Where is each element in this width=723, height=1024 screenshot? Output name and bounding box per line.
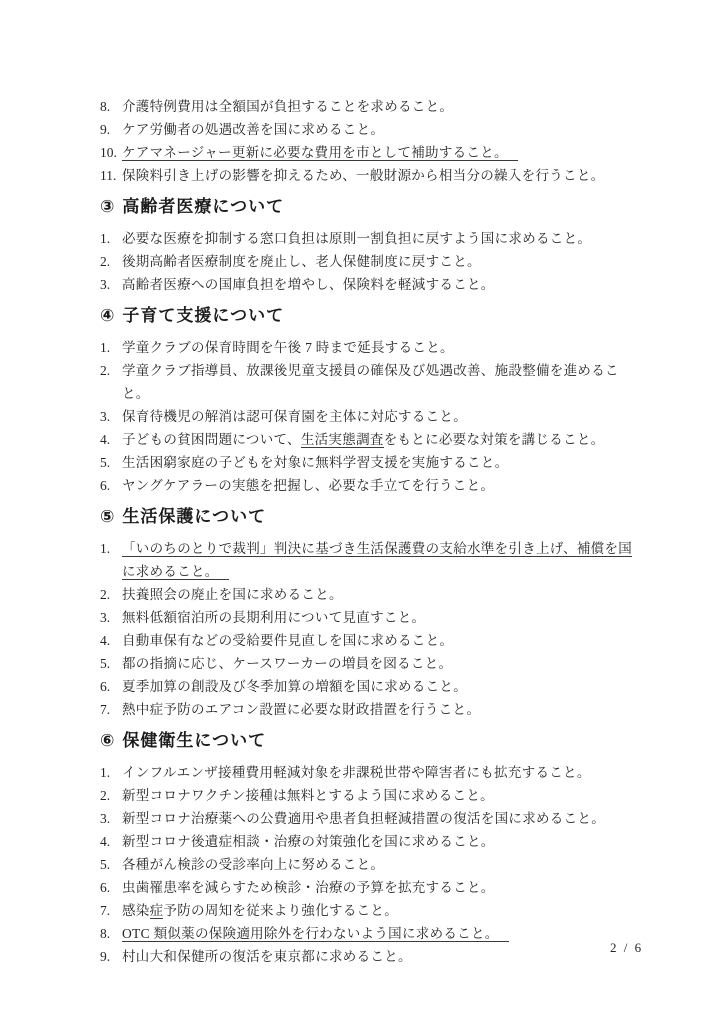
item-number: 3. [100, 405, 122, 428]
item-text: 生活困窮家庭の子どもを対象に無料学習支援を実施すること。 [122, 451, 635, 474]
underlined-text: 生活実態調査 [301, 432, 384, 448]
plain-text: 新型コロナ後遺症相談・治療の対策強化を国に求めること。 [122, 834, 495, 849]
list-item: 4.子どもの貧困問題について、生活実態調査をもとに必要な対策を講じること。 [100, 428, 635, 451]
plain-text: 必要な医療を抑制する窓口負担は原則一割負担に戻すよう国に求めること。 [122, 231, 591, 246]
plain-text: 後期高齢者医療制度を廃止し、老人保健制度に戻すこと。 [122, 254, 481, 269]
item-number: 11. [100, 164, 122, 187]
item-text: 自動車保有などの受給要件見直しを国に求めること。 [122, 629, 635, 652]
list-item: 8.介護特例費用は全額国が負担することを求めること。 [100, 95, 635, 118]
plain-text: 感染 [122, 903, 150, 918]
item-text: 熱中症予防のエアコン設置に必要な財政措置を行うこと。 [122, 698, 635, 721]
item-number: 3. [100, 606, 122, 629]
underlined-text: 「いのちのとりで裁判」判決に基づき生活保護費の支給水準を引き上げ、補償を国に求め… [122, 541, 632, 580]
item-text: インフルエンザ接種費用軽減対象を非課税世帯や障害者にも拡充すること。 [122, 761, 635, 784]
list-item: 5.各種がん検診の受診率向上に努めること。 [100, 853, 635, 876]
section-heading-public-health: ⑥保健衛生について [100, 729, 635, 753]
item-number: 7. [100, 698, 122, 721]
item-number: 4. [100, 629, 122, 652]
list-item: 9.村山大和保健所の復活を東京都に求めること。 [100, 945, 635, 968]
plain-text: ケア労働者の処遇改善を国に求めること。 [122, 122, 384, 137]
section-number-badge: ⑤ [100, 507, 115, 526]
item-text: 新型コロナワクチン接種は無料とするよう国に求めること。 [122, 784, 635, 807]
plain-text: をもとに必要な対策を講じること。 [384, 432, 605, 447]
plain-text: 扶養照会の廃止を国に求めること。 [122, 587, 343, 602]
item-text: 新型コロナ治療薬への公費適用や患者負担軽減措置の復活を国に求めること。 [122, 807, 635, 830]
item-number: 5. [100, 853, 122, 876]
item-text: 無料低額宿泊所の長期利用について見直すこと。 [122, 606, 635, 629]
item-text: ケア労働者の処遇改善を国に求めること。 [122, 118, 635, 141]
list-item: 7.熱中症予防のエアコン設置に必要な財政措置を行うこと。 [100, 698, 635, 721]
list-item: 6.虫歯罹患率を減らすため検診・治療の予算を拡充すること。 [100, 876, 635, 899]
section-list-childcare-support: 1.学童クラブの保育時間を午後 7 時まで延長すること。2.学童クラブ指導員、放… [100, 336, 635, 497]
plain-text: 保険料引き上げの影響を抑えるため、一般財源から相当分の繰入を行うこと。 [122, 168, 604, 183]
plain-text: 子どもの貧困問題について、 [122, 432, 301, 447]
list-item: 3.新型コロナ治療薬への公費適用や患者負担軽減措置の復活を国に求めること。 [100, 807, 635, 830]
plain-text: 自動車保有などの受給要件見直しを国に求めること。 [122, 633, 453, 648]
item-number: 2. [100, 359, 122, 382]
item-number: 7. [100, 899, 122, 922]
sections-container: ③高齢者医療について1.必要な医療を抑制する窓口負担は原則一割負担に戻すよう国に… [100, 195, 635, 968]
item-text: 虫歯罹患率を減らすため検診・治療の予算を拡充すること。 [122, 876, 635, 899]
item-text: 後期高齢者医療制度を廃止し、老人保健制度に戻すこと。 [122, 250, 635, 273]
item-text: 介護特例費用は全額国が負担することを求めること。 [122, 95, 635, 118]
item-number: 2. [100, 583, 122, 606]
item-number: 8. [100, 922, 122, 945]
item-number: 9. [100, 945, 122, 968]
plain-text: 村山大和保健所の復活を東京都に求めること。 [122, 949, 412, 964]
list-item: 6.夏季加算の創設及び冬季加算の増額を国に求めること。 [100, 675, 635, 698]
section-heading-elderly-medical-care: ③高齢者医療について [100, 195, 635, 219]
list-item: 4.自動車保有などの受給要件見直しを国に求めること。 [100, 629, 635, 652]
plain-text: 夏季加算の創設及び冬季加算の増額を国に求めること。 [122, 679, 467, 694]
intro-list: 8.介護特例費用は全額国が負担することを求めること。9.ケア労働者の処遇改善を国… [100, 95, 635, 187]
list-item: 1.インフルエンザ接種費用軽減対象を非課税世帯や障害者にも拡充すること。 [100, 761, 635, 784]
plain-text: ヤングケアラーの実態を把握し、必要な手立てを行うこと。 [122, 478, 494, 493]
plain-text: 虫歯罹患率を減らすため検診・治療の予算を拡充すること。 [122, 880, 495, 895]
section-title: 保健衛生について [122, 731, 266, 750]
list-item: 3.高齢者医療への国庫負担を増やし、保険料を軽減すること。 [100, 273, 635, 296]
item-number: 3. [100, 807, 122, 830]
item-number: 8. [100, 95, 122, 118]
underlined-text: 症 [150, 903, 164, 919]
section-title: 高齢者医療について [122, 197, 284, 216]
list-item: 2.扶養照会の廃止を国に求めること。 [100, 583, 635, 606]
list-item: 11.保険料引き上げの影響を抑えるため、一般財源から相当分の繰入を行うこと。 [100, 164, 635, 187]
item-number: 1. [100, 227, 122, 250]
item-text: 保育待機児の解消は認可保育園を主体に対応すること。 [122, 405, 635, 428]
section-number-badge: ③ [100, 197, 115, 216]
plain-text: 保育待機児の解消は認可保育園を主体に対応すること。 [122, 409, 467, 424]
document-page: 8.介護特例費用は全額国が負担することを求めること。9.ケア労働者の処遇改善を国… [0, 0, 723, 1024]
item-text: 村山大和保健所の復活を東京都に求めること。 [122, 945, 635, 968]
item-text: 各種がん検診の受診率向上に努めること。 [122, 853, 635, 876]
section-number-badge: ⑥ [100, 731, 115, 750]
item-number: 1. [100, 761, 122, 784]
plain-text: 高齢者医療への国庫負担を増やし、保険料を軽減すること。 [122, 277, 495, 292]
plain-text: 熱中症予防のエアコン設置に必要な財政措置を行うこと。 [122, 702, 480, 717]
item-text: 必要な医療を抑制する窓口負担は原則一割負担に戻すよう国に求めること。 [122, 227, 635, 250]
list-item: 4.新型コロナ後遺症相談・治療の対策強化を国に求めること。 [100, 830, 635, 853]
item-number: 2. [100, 250, 122, 273]
section-heading-childcare-support: ④子育て支援について [100, 304, 635, 328]
plain-text: 各種がん検診の受診率向上に努めること。 [122, 857, 384, 872]
list-item: 2.新型コロナワクチン接種は無料とするよう国に求めること。 [100, 784, 635, 807]
list-item: 5.生活困窮家庭の子どもを対象に無料学習支援を実施すること。 [100, 451, 635, 474]
section-title: 子育て支援について [122, 306, 284, 325]
plain-text: 学童クラブ指導員、放課後児童支援員の確保及び処遇改善、施設整備を進めること。 [122, 363, 619, 401]
item-number: 10. [100, 141, 122, 164]
plain-text: インフルエンザ接種費用軽減対象を非課税世帯や障害者にも拡充すること。 [122, 765, 591, 780]
underlined-text: ケアマネージャー更新に必要な費用を市として補助すること。 [122, 145, 518, 161]
plain-text: 学童クラブの保育時間を午後 7 時まで延長すること。 [122, 340, 454, 355]
item-number: 9. [100, 118, 122, 141]
document-content: 8.介護特例費用は全額国が負担することを求めること。9.ケア労働者の処遇改善を国… [100, 95, 635, 968]
list-item: 1.必要な医療を抑制する窓口負担は原則一割負担に戻すよう国に求めること。 [100, 227, 635, 250]
section-title: 生活保護について [122, 507, 266, 526]
item-number: 3. [100, 273, 122, 296]
item-text: 夏季加算の創設及び冬季加算の増額を国に求めること。 [122, 675, 635, 698]
item-text: 高齢者医療への国庫負担を増やし、保険料を軽減すること。 [122, 273, 635, 296]
page-number: 2 / 6 [610, 940, 643, 956]
item-number: 4. [100, 428, 122, 451]
list-item: 2.学童クラブ指導員、放課後児童支援員の確保及び処遇改善、施設整備を進めること。 [100, 359, 635, 405]
item-text: 学童クラブの保育時間を午後 7 時まで延長すること。 [122, 336, 635, 359]
plain-text: 生活困窮家庭の子どもを対象に無料学習支援を実施すること。 [122, 455, 508, 470]
plain-text: 無料低額宿泊所の長期利用について見直すこと。 [122, 610, 425, 625]
list-item: 6.ヤングケアラーの実態を把握し、必要な手立てを行うこと。 [100, 474, 635, 497]
item-text: 学童クラブ指導員、放課後児童支援員の確保及び処遇改善、施設整備を進めること。 [122, 359, 635, 405]
plain-text: 新型コロナ治療薬への公費適用や患者負担軽減措置の復活を国に求めること。 [122, 811, 605, 826]
item-number: 4. [100, 830, 122, 853]
plain-text: 新型コロナワクチン接種は無料とするよう国に求めること。 [122, 788, 494, 803]
list-item: 5.都の指摘に応じ、ケースワーカーの増員を図ること。 [100, 652, 635, 675]
item-text: 扶養照会の廃止を国に求めること。 [122, 583, 635, 606]
section-list-elderly-medical-care: 1.必要な医療を抑制する窓口負担は原則一割負担に戻すよう国に求めること。2.後期… [100, 227, 635, 296]
item-text: OTC 類似薬の保険適用除外を行わないよう国に求めること。 [122, 922, 635, 945]
list-item: 3.保育待機児の解消は認可保育園を主体に対応すること。 [100, 405, 635, 428]
section-number-badge: ④ [100, 306, 115, 325]
section-heading-livelihood-protection: ⑤生活保護について [100, 505, 635, 529]
item-number: 6. [100, 474, 122, 497]
item-number: 6. [100, 675, 122, 698]
section-list-public-health: 1.インフルエンザ接種費用軽減対象を非課税世帯や障害者にも拡充すること。2.新型… [100, 761, 635, 968]
list-item: 2.後期高齢者医療制度を廃止し、老人保健制度に戻すこと。 [100, 250, 635, 273]
item-text: ヤングケアラーの実態を把握し、必要な手立てを行うこと。 [122, 474, 635, 497]
item-number: 1. [100, 336, 122, 359]
plain-text: 予防の周知を従来より強化すること。 [163, 903, 398, 918]
list-item: 8.OTC 類似薬の保険適用除外を行わないよう国に求めること。 [100, 922, 635, 945]
section-list-livelihood-protection: 1.「いのちのとりで裁判」判決に基づき生活保護費の支給水準を引き上げ、補償を国に… [100, 537, 635, 721]
item-number: 5. [100, 451, 122, 474]
list-item: 9.ケア労働者の処遇改善を国に求めること。 [100, 118, 635, 141]
list-item: 1.学童クラブの保育時間を午後 7 時まで延長すること。 [100, 336, 635, 359]
list-item: 10.ケアマネージャー更新に必要な費用を市として補助すること。 [100, 141, 635, 164]
item-number: 6. [100, 876, 122, 899]
item-text: 都の指摘に応じ、ケースワーカーの増員を図ること。 [122, 652, 635, 675]
item-number: 2. [100, 784, 122, 807]
item-text: 「いのちのとりで裁判」判決に基づき生活保護費の支給水準を引き上げ、補償を国に求め… [122, 537, 635, 583]
item-text: 新型コロナ後遺症相談・治療の対策強化を国に求めること。 [122, 830, 635, 853]
item-text: 保険料引き上げの影響を抑えるため、一般財源から相当分の繰入を行うこと。 [122, 164, 635, 187]
list-item: 3.無料低額宿泊所の長期利用について見直すこと。 [100, 606, 635, 629]
plain-text: 介護特例費用は全額国が負担することを求めること。 [122, 99, 453, 114]
list-item: 7.感染症予防の周知を従来より強化すること。 [100, 899, 635, 922]
plain-text: 都の指摘に応じ、ケースワーカーの増員を図ること。 [122, 656, 452, 671]
item-text: 感染症予防の周知を従来より強化すること。 [122, 899, 635, 922]
item-number: 5. [100, 652, 122, 675]
list-item: 1.「いのちのとりで裁判」判決に基づき生活保護費の支給水準を引き上げ、補償を国に… [100, 537, 635, 583]
item-text: ケアマネージャー更新に必要な費用を市として補助すること。 [122, 141, 635, 164]
item-number: 1. [100, 537, 122, 560]
item-text: 子どもの貧困問題について、生活実態調査をもとに必要な対策を講じること。 [122, 428, 635, 451]
underlined-text: OTC 類似薬の保険適用除外を行わないよう国に求めること。 [122, 926, 509, 942]
